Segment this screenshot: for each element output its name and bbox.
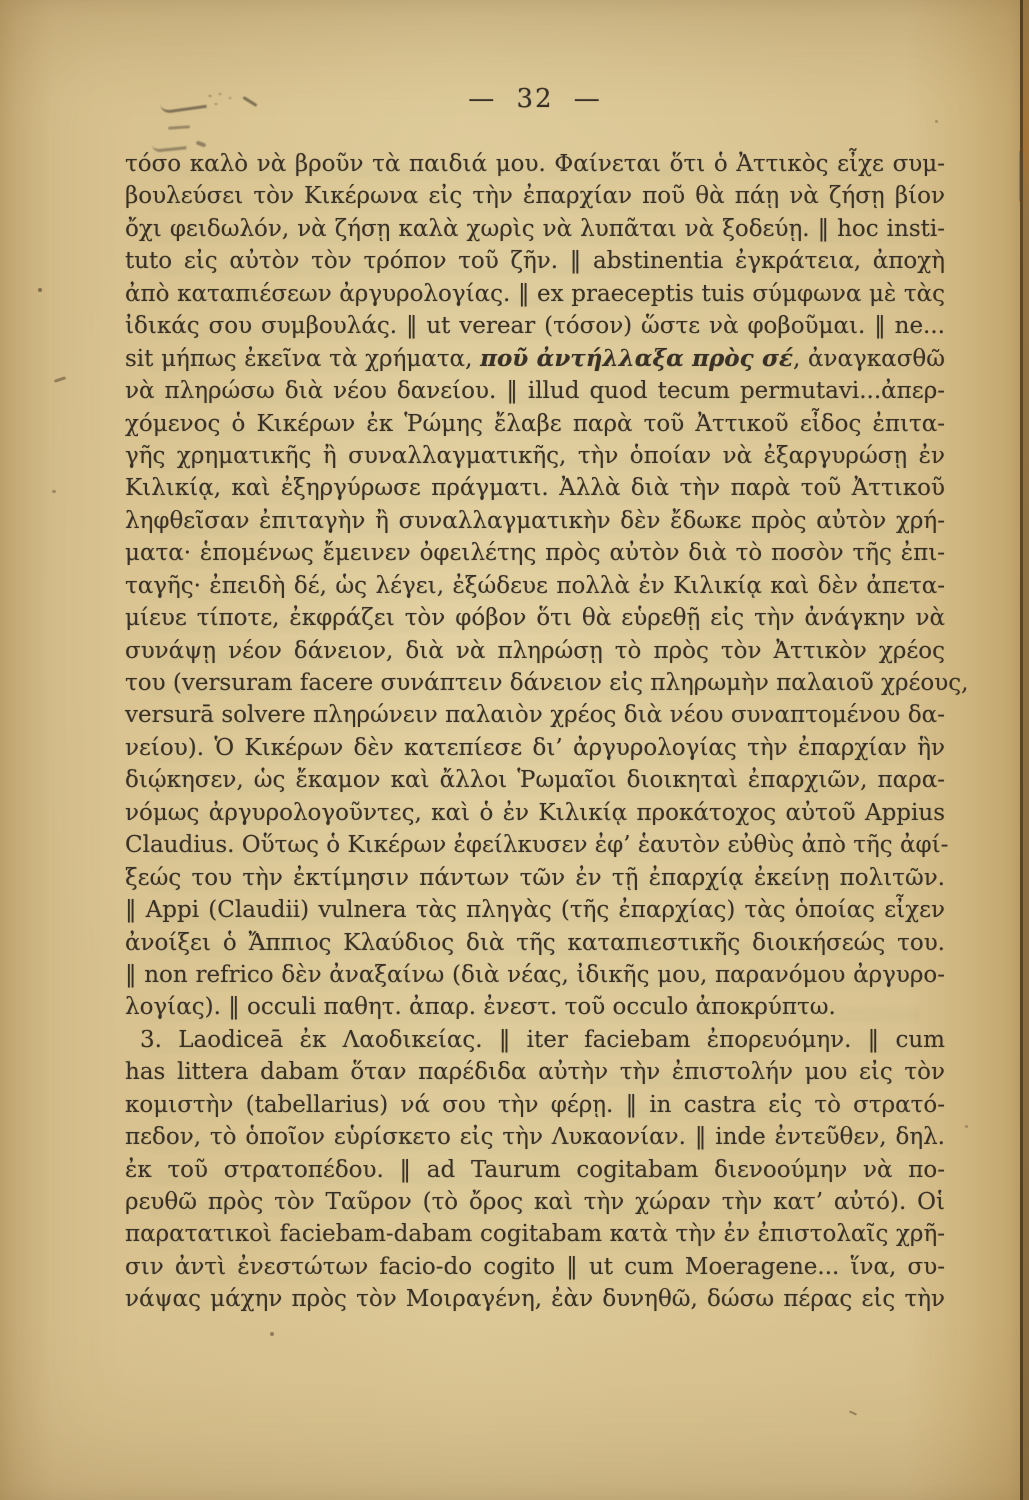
text-segment: κομιστὴν (tabellarius) νά σου τὴν φέρῃ. … xyxy=(125,1092,945,1118)
text-segment: sit μήπως ἐκεῖνα τὰ χρήματα, xyxy=(125,346,480,372)
text-line: has littera dabam ὅταν παρέδιδα αὐτὴν τὴ… xyxy=(125,1056,945,1088)
scanned-book-page: { "page": { "number_display": "— 32 —", … xyxy=(0,0,1029,1500)
text-line: ρευθῶ πρὸς τὸν Ταῦρον (τὸ ὄρος καὶ τὴν χ… xyxy=(125,1186,945,1218)
text-segment: ἀπὸ καταπιέσεων ἀργυρολογίας. ‖ ex praec… xyxy=(125,281,945,307)
ink-smudge xyxy=(168,125,190,130)
text-line: νάψας μάχην πρὸς τὸν Μοιραγένη, ἐὰν δυνη… xyxy=(125,1283,945,1315)
page-number: — 32 — xyxy=(125,84,945,114)
paper-speck xyxy=(52,490,56,493)
text-segment: παρατατικοὶ faciebam-dabam cogitabam κατ… xyxy=(125,1221,945,1247)
text-segment: τόσο καλὸ νὰ βροῦν τὰ παιδιά μου. Φαίνετ… xyxy=(125,151,945,177)
text-line: 3. Laodiceā ἐκ Λαοδικείας. ‖ iter facieb… xyxy=(125,1024,945,1056)
text-segment: ὄχι φειδωλόν, νὰ ζήσῃ καλὰ χωρὶς νὰ λυπᾶ… xyxy=(125,216,945,242)
text-line: Claudius. Οὕτως ὁ Κικέρων ἐφείλκυσεν ἐφ’… xyxy=(125,829,945,861)
text-segment: ἀνοίξει ὁ Ἄππιος Κλαύδιος διὰ τῆς καταπι… xyxy=(125,930,945,956)
text-line: ἀνοίξει ὁ Ἄππιος Κλαύδιος διὰ τῆς καταπι… xyxy=(125,927,945,959)
text-line: σιν ἀντὶ ἐνεστώτων facio-do cogito ‖ ut … xyxy=(125,1251,945,1283)
text-line: του (versuram facere συνάπτειν δάνειον ε… xyxy=(125,667,945,699)
text-line: νείου). Ὁ Κικέρων δὲν κατεπίεσε δι’ ἀργυ… xyxy=(125,732,945,764)
text-segment: μίευε τίποτε, ἐκφράζει τὸν φόβον ὅτι θὰ … xyxy=(125,605,945,631)
paper-speck xyxy=(849,1410,857,1415)
ink-smudge xyxy=(196,140,207,147)
text-line: γῆς χρηματικῆς ἢ συναλλαγματικῆς, τὴν ὁπ… xyxy=(125,440,945,472)
text-line: νόμως ἀργυρολογοῦντες, καὶ ὁ ἐν Κιλικίᾳ … xyxy=(125,797,945,829)
text-line: συνάψῃ νέον δάνειον, διὰ νὰ πληρώσῃ τὸ π… xyxy=(125,635,945,667)
text-segment: , ἀναγκασθῶ xyxy=(793,346,945,372)
text-line: διῴκησεν, ὡς ἔκαμον καὶ ἄλλοι Ῥωμαῖοι δι… xyxy=(125,764,945,796)
text-segment: Κιλικίᾳ, καὶ ἐξηργύρωσε πράγματι. Ἀλλὰ δ… xyxy=(125,475,945,501)
text-segment: ‖ Appi (Claudii) vulnera τὰς πληγὰς (τῆς… xyxy=(125,897,945,923)
text-line: βουλεύσει τὸν Κικέρωνα εἰς τὴν ἐπαρχίαν … xyxy=(125,180,945,212)
text-segment: ἰδικάς σου συμβουλάς. ‖ ut verear (τόσον… xyxy=(125,313,945,339)
text-segment: νάψας μάχην πρὸς τὸν Μοιραγένη, ἐὰν δυνη… xyxy=(125,1286,945,1312)
text-line: λογίας). ‖ occuli παθητ. ἀπαρ. ἐνεστ. το… xyxy=(125,991,945,1023)
text-segment: ρευθῶ πρὸς τὸν Ταῦρον (τὸ ὄρος καὶ τὴν χ… xyxy=(125,1189,945,1215)
text-line: ξεώς του τὴν ἐκτίμησιν πάντων τῶν ἐν τῇ … xyxy=(125,862,945,894)
text-segment: ληφθεῖσαν ἐπιταγὴν ἢ συναλλαγματικὴν δὲν… xyxy=(125,508,945,534)
text-segment: ἐκ τοῦ στρατοπέδου. ‖ ad Taurum cogitaba… xyxy=(125,1157,945,1183)
paper-speck xyxy=(935,120,938,123)
text-segment: tuto εἰς αὐτὸν τὸν τρόπον τοῦ ζῆν. ‖ abs… xyxy=(125,248,945,274)
text-segment: ταγῆς· ἐπειδὴ δέ, ὡς λέγει, ἐξώδευε πολλ… xyxy=(125,573,945,599)
text-line: πεδον, τὸ ὁποῖον εὑρίσκετο εἰς τὴν Λυκαο… xyxy=(125,1121,945,1153)
bold-italic-phrase: ποῦ ἀντήλλαξα πρὸς σέ xyxy=(480,345,793,372)
text-segment: πεδον, τὸ ὁποῖον εὑρίσκετο εἰς τὴν Λυκαο… xyxy=(125,1124,945,1150)
text-line: tuto εἰς αὐτὸν τὸν τρόπον τοῦ ζῆν. ‖ abs… xyxy=(125,245,945,277)
text-segment: γῆς χρηματικῆς ἢ συναλλαγματικῆς, τὴν ὁπ… xyxy=(125,443,945,469)
text-line: ματα· ἑπομένως ἔμεινεν ὀφειλέτης πρὸς αὐ… xyxy=(125,537,945,569)
text-line: ὄχι φειδωλόν, νὰ ζήσῃ καλὰ χωρὶς νὰ λυπᾶ… xyxy=(125,213,945,245)
text-line: ‖ Appi (Claudii) vulnera τὰς πληγὰς (τῆς… xyxy=(125,894,945,926)
text-line: ληφθεῖσαν ἐπιταγὴν ἢ συναλλαγματικὴν δὲν… xyxy=(125,505,945,537)
text-line: ἰδικάς σου συμβουλάς. ‖ ut verear (τόσον… xyxy=(125,310,945,342)
text-line: versurā solvere πληρώνειν παλαιὸν χρέος … xyxy=(125,699,945,731)
text-segment: ματα· ἑπομένως ἔμεινεν ὀφειλέτης πρὸς αὐ… xyxy=(125,540,945,566)
text-line: κομιστὴν (tabellarius) νά σου τὴν φέρῃ. … xyxy=(125,1089,945,1121)
text-segment: διῴκησεν, ὡς ἔκαμον καὶ ἄλλοι Ῥωμαῖοι δι… xyxy=(125,767,945,793)
text-segment: ξεώς του τὴν ἐκτίμησιν πάντων τῶν ἐν τῇ … xyxy=(125,865,945,891)
text-segment: σιν ἀντὶ ἐνεστώτων facio-do cogito ‖ ut … xyxy=(125,1254,945,1280)
text-segment: νείου). Ὁ Κικέρων δὲν κατεπίεσε δι’ ἀργυ… xyxy=(125,735,945,761)
text-line: ἐκ τοῦ στρατοπέδου. ‖ ad Taurum cogitaba… xyxy=(125,1154,945,1186)
text-line: τόσο καλὸ νὰ βροῦν τὰ παιδιά μου. Φαίνετ… xyxy=(125,148,945,180)
text-line: ‖ non refrico δὲν ἀναξαίνω (διὰ νέας, ἰδ… xyxy=(125,959,945,991)
text-segment: Claudius. Οὕτως ὁ Κικέρων ἐφείλκυσεν ἐφ’… xyxy=(125,832,948,858)
text-line: Κιλικίᾳ, καὶ ἐξηργύρωσε πράγματι. Ἀλλὰ δ… xyxy=(125,472,945,504)
paper-speck xyxy=(54,376,66,383)
paper-speck xyxy=(965,1125,968,1128)
text-line: παρατατικοὶ faciebam-dabam cogitabam κατ… xyxy=(125,1218,945,1250)
text-segment: νόμως ἀργυρολογοῦντες, καὶ ὁ ἐν Κιλικίᾳ … xyxy=(125,800,945,826)
text-line: μίευε τίποτε, ἐκφράζει τὸν φόβον ὅτι θὰ … xyxy=(125,602,945,634)
text-segment: has littera dabam ὅταν παρέδιδα αὐτὴν τὴ… xyxy=(125,1059,945,1085)
text-segment: χόμενος ὁ Κικέρων ἐκ Ῥώμης ἔλαβε παρὰ το… xyxy=(125,411,945,437)
text-segment: ‖ non refrico δὲν ἀναξαίνω (διὰ νέας, ἰδ… xyxy=(125,962,945,988)
text-line: νὰ πληρώσω διὰ νέου δανείου. ‖ illud quo… xyxy=(125,375,945,407)
text-segment: του (versuram facere συνάπτειν δάνειον ε… xyxy=(125,670,968,696)
text-block: τόσο καλὸ νὰ βροῦν τὰ παιδιά μου. Φαίνετ… xyxy=(125,148,945,1316)
text-segment: versurā solvere πληρώνειν παλαιὸν χρέος … xyxy=(125,702,945,728)
paper-speck xyxy=(270,1332,274,1336)
text-line: ἀπὸ καταπιέσεων ἀργυρολογίας. ‖ ex praec… xyxy=(125,278,945,310)
text-line: χόμενος ὁ Κικέρων ἐκ Ῥώμης ἔλαβε παρὰ το… xyxy=(125,408,945,440)
text-line: ταγῆς· ἐπειδὴ δέ, ὡς λέγει, ἐξώδευε πολλ… xyxy=(125,570,945,602)
text-segment: λογίας). ‖ occuli παθητ. ἀπαρ. ἐνεστ. το… xyxy=(125,994,836,1020)
page-edge-line xyxy=(1020,0,1023,1500)
text-segment: βουλεύσει τὸν Κικέρωνα εἰς τὴν ἐπαρχίαν … xyxy=(125,183,945,209)
text-line: sit μήπως ἐκεῖνα τὰ χρήματα, ποῦ ἀντήλλα… xyxy=(125,343,945,375)
text-segment: συνάψῃ νέον δάνειον, διὰ νὰ πληρώσῃ τὸ π… xyxy=(125,638,945,664)
text-segment: νὰ πληρώσω διὰ νέου δανείου. ‖ illud quo… xyxy=(125,378,945,404)
text-segment: 3. Laodiceā ἐκ Λαοδικείας. ‖ iter facieb… xyxy=(140,1027,945,1053)
paper-speck xyxy=(38,288,42,292)
